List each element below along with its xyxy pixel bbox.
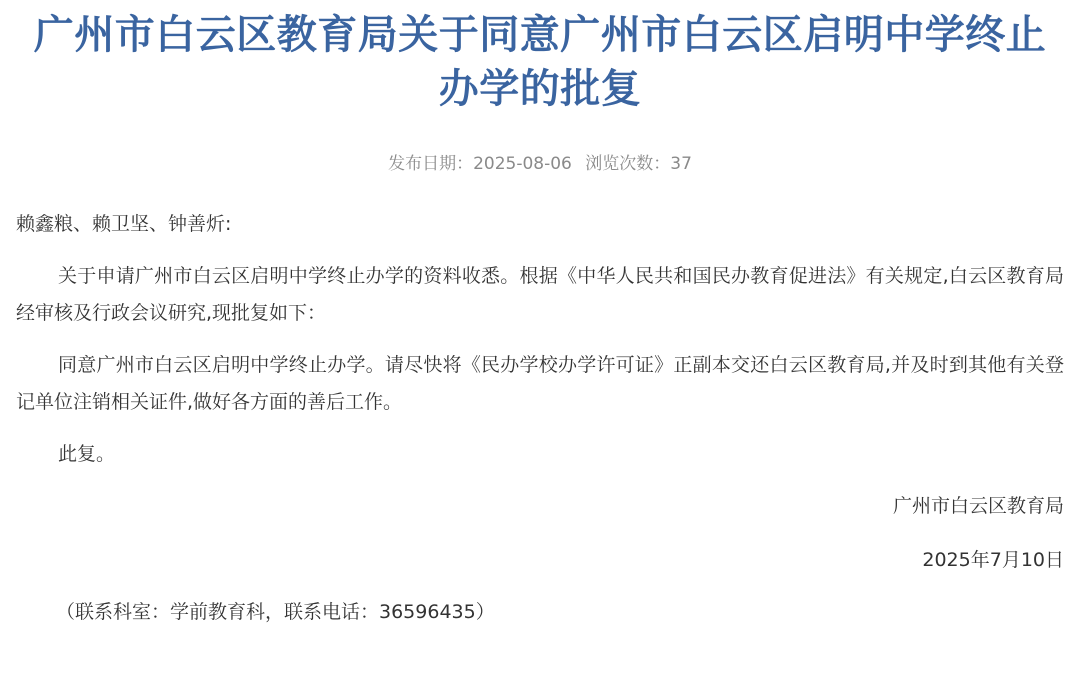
view-count: 浏览次数：37 xyxy=(585,154,692,174)
paragraph-closing: 此复。 xyxy=(16,436,1064,473)
publish-date: 发布日期：2025-08-06 xyxy=(388,154,572,174)
view-count-label: 浏览次数： xyxy=(585,154,670,174)
article-meta: 发布日期：2025-08-06 浏览次数：37 xyxy=(16,152,1064,176)
article-page: 广州市白云区教育局关于同意广州市白云区启明中学终止办学的批复 发布日期：2025… xyxy=(0,0,1080,683)
signature-issuer: 广州市白云区教育局 xyxy=(16,488,1064,525)
publish-date-value: 2025-08-06 xyxy=(473,154,572,174)
view-count-value: 37 xyxy=(670,154,692,174)
salutation: 赖鑫粮、赖卫坚、钟善炘: xyxy=(16,206,1064,243)
publish-date-label: 发布日期： xyxy=(388,154,473,174)
contact-info: （联系科室：学前教育科，联系电话：36596435） xyxy=(56,594,1064,631)
article-title: 广州市白云区教育局关于同意广州市白云区启明中学终止办学的批复 xyxy=(16,0,1064,116)
signature-date: 2025年7月10日 xyxy=(16,542,1064,579)
paragraph-2: 同意广州市白云区启明中学终止办学。请尽快将《民办学校办学许可证》正副本交还白云区… xyxy=(16,347,1064,421)
paragraph-1: 关于申请广州市白云区启明中学终止办学的资料收悉。根据《中华人民共和国民办教育促进… xyxy=(16,258,1064,332)
article-body: 赖鑫粮、赖卫坚、钟善炘: 关于申请广州市白云区启明中学终止办学的资料收悉。根据《… xyxy=(16,206,1064,631)
